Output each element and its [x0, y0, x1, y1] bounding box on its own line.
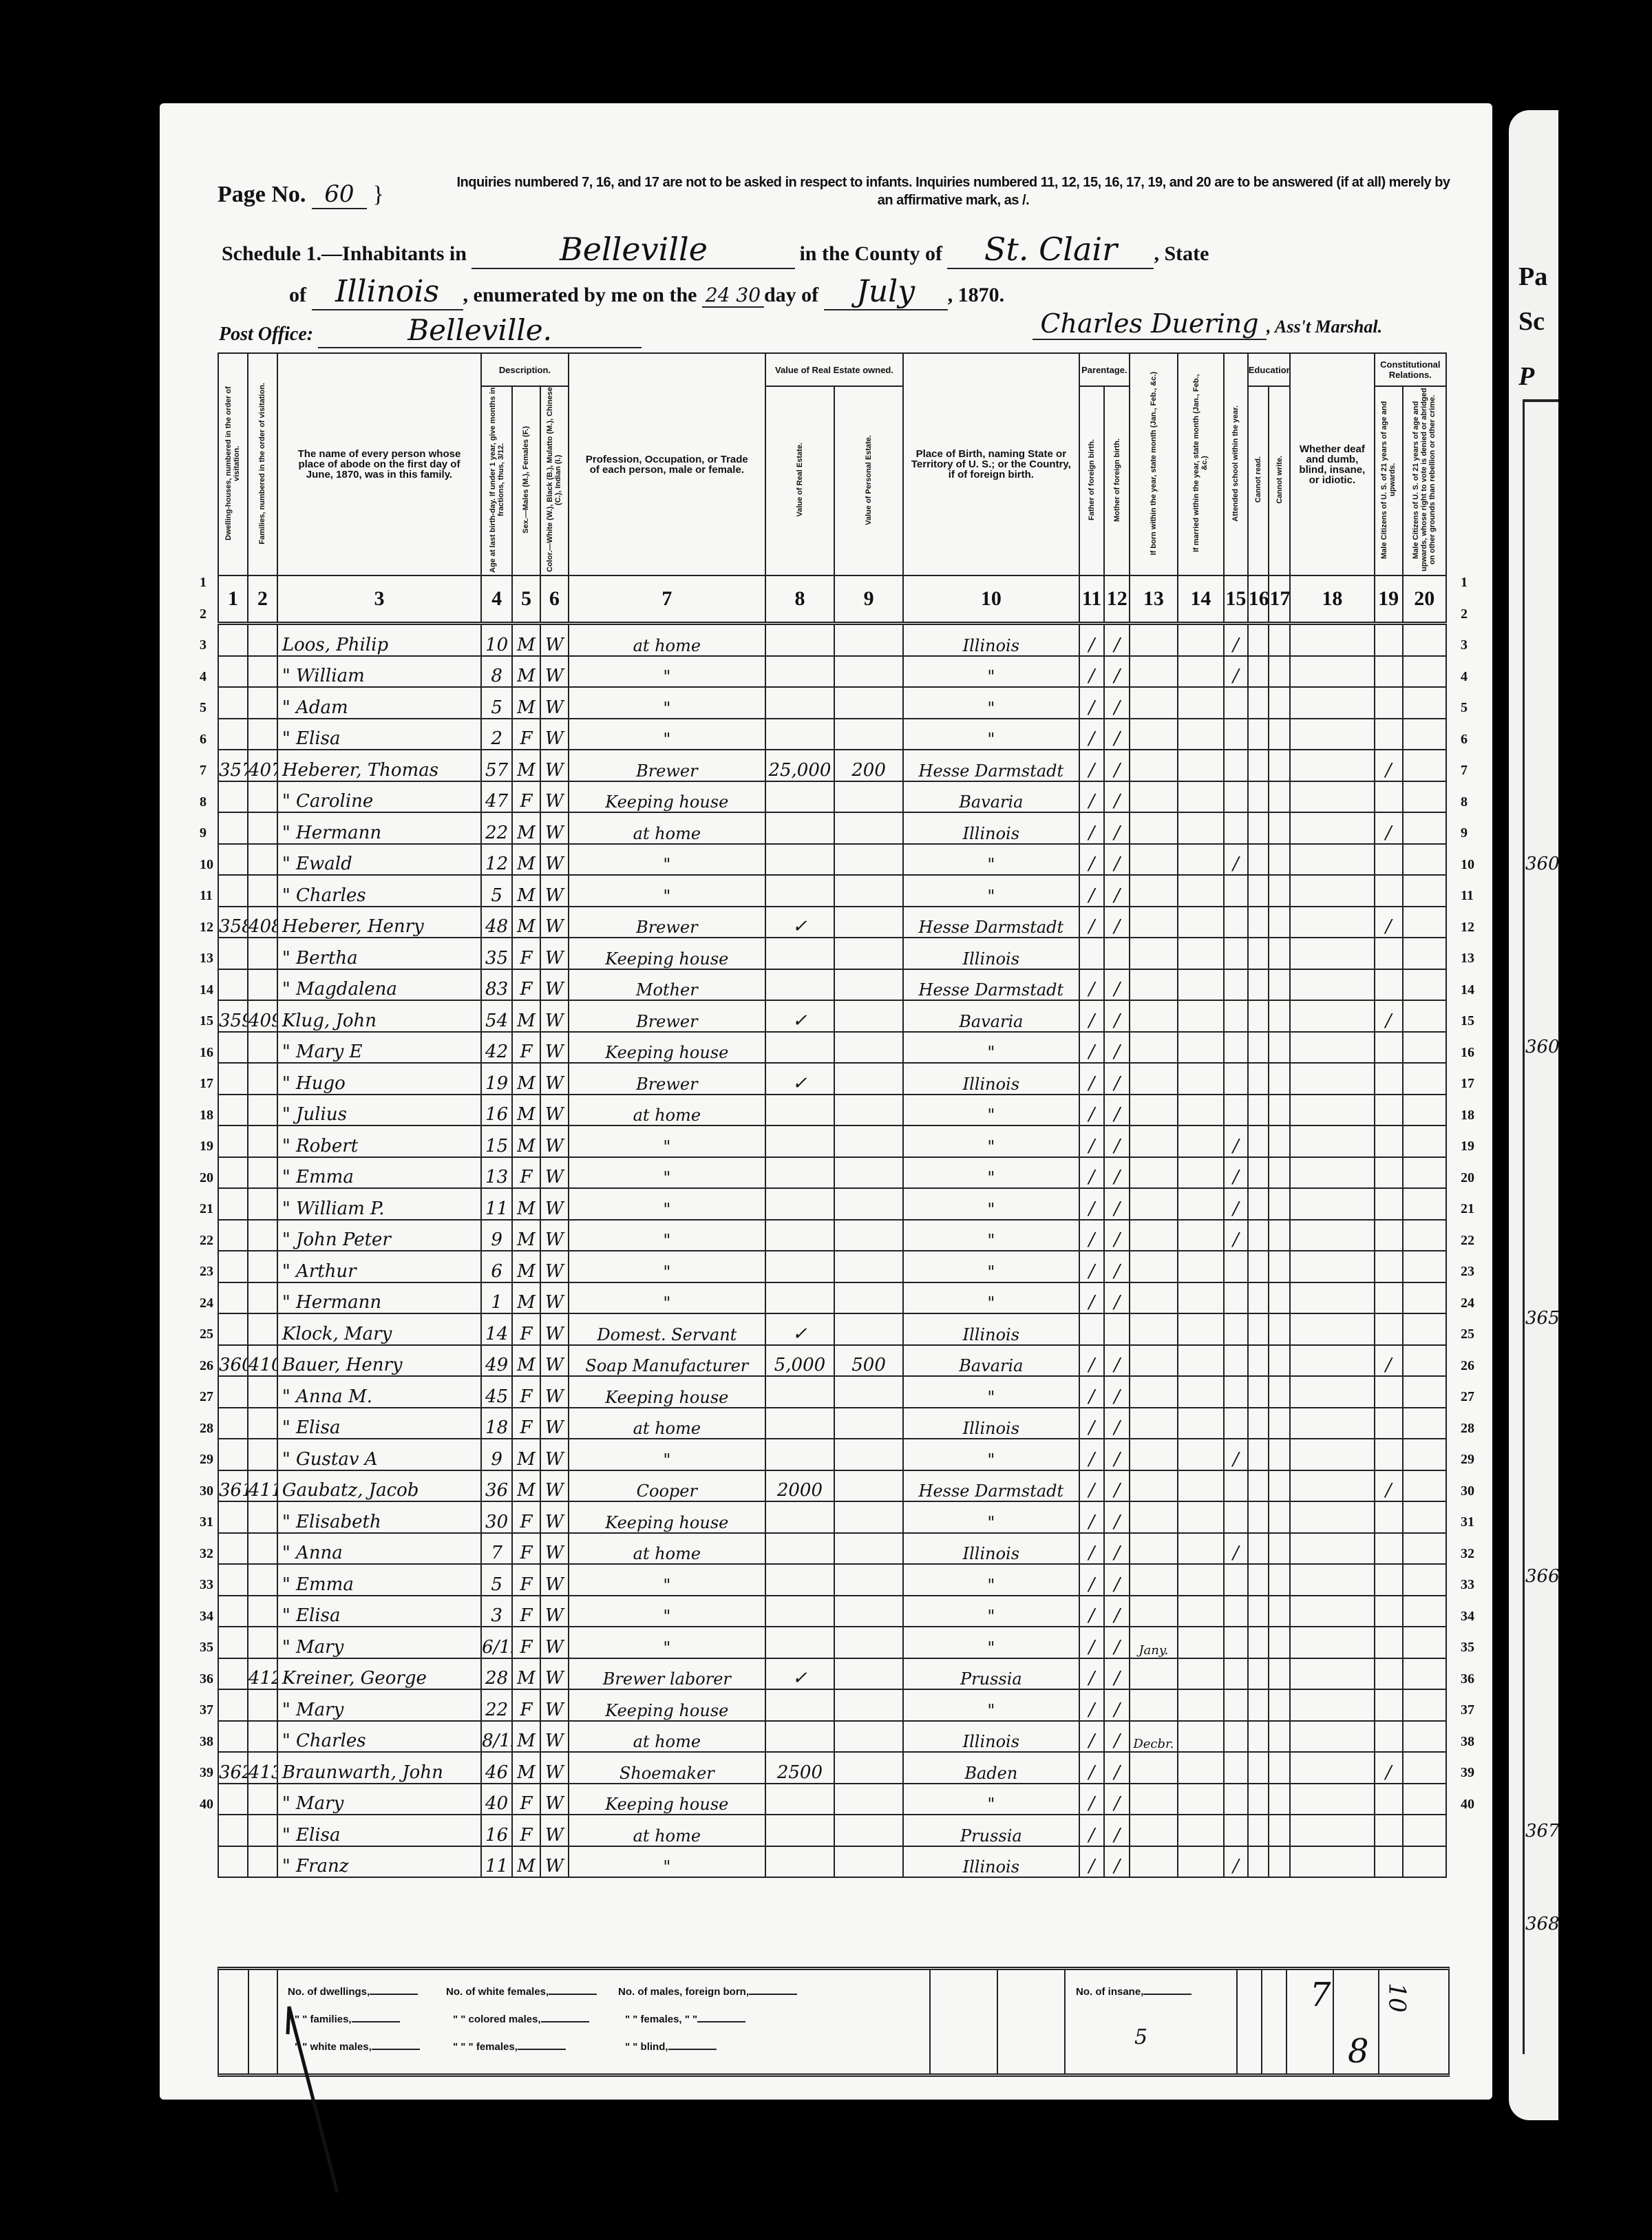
summary-insane: No. of insane,	[1076, 1984, 1192, 1998]
cell-age: 8/12	[481, 1721, 512, 1753]
cell-age: 5	[481, 1564, 512, 1596]
line-number: 2	[1461, 606, 1468, 622]
cell-occupation: "	[569, 844, 765, 876]
cell-personal-estate	[834, 1596, 903, 1627]
cell-married-month	[1178, 1439, 1224, 1470]
cell-born-month	[1130, 1470, 1177, 1502]
group-real-estate: Value of Real Estate owned.	[765, 353, 903, 386]
cell-personal-estate	[834, 875, 903, 907]
cell-married-month	[1178, 1564, 1224, 1596]
cell-dwelling	[218, 1032, 248, 1064]
cell-occupation: "	[569, 1157, 765, 1189]
cell-dwelling	[218, 1846, 248, 1878]
line-number: 23	[200, 1264, 213, 1280]
cell-born-month	[1130, 624, 1177, 656]
cell-mother-foreign	[1104, 1313, 1130, 1345]
cell-cannot-write	[1269, 907, 1290, 938]
cell-cannot-read	[1248, 781, 1269, 813]
cell-sex: M	[512, 907, 540, 938]
cell-dwelling	[218, 1095, 248, 1126]
cell-personal-estate	[834, 907, 903, 938]
cell-born-month: Decbr.	[1130, 1721, 1177, 1753]
cell-dwelling	[218, 1157, 248, 1189]
cell-born-month	[1130, 781, 1177, 813]
cell-denied	[1403, 1689, 1446, 1721]
cell-name: Kreiner, George	[277, 1658, 481, 1690]
table-row: 359409Klug, John54MWBrewer✓Bavaria///	[218, 1000, 1446, 1032]
cell-personal-estate	[834, 1000, 903, 1032]
table-row: " Elisa2FW""//	[218, 719, 1446, 750]
cell-real-estate	[765, 1439, 834, 1470]
cell-cannot-read	[1248, 1282, 1269, 1314]
cell-personal-estate	[834, 1439, 903, 1470]
cell-cannot-read	[1248, 907, 1269, 938]
cell-birthplace: "	[903, 1282, 1079, 1314]
cell-citizen	[1375, 1689, 1403, 1721]
cell-sex: M	[512, 1188, 540, 1220]
table-row: " Emma13FW""///	[218, 1157, 1446, 1189]
cell-color: W	[540, 938, 569, 969]
cell-personal-estate	[834, 1721, 903, 1753]
cell-color: W	[540, 656, 569, 688]
cell-family	[248, 1627, 277, 1658]
cell-family: 411	[248, 1470, 277, 1502]
cell-denied	[1403, 844, 1446, 876]
cell-school	[1224, 1408, 1248, 1439]
cell-sex: F	[512, 1408, 540, 1439]
cell-married-month	[1178, 1408, 1224, 1439]
cell-denied	[1403, 1784, 1446, 1815]
cell-name: " Mary E	[277, 1032, 481, 1064]
cell-birthplace: "	[903, 1501, 1079, 1533]
line-number: 31	[1461, 1514, 1474, 1530]
cell-dwelling	[218, 1501, 248, 1533]
cell-citizen	[1375, 1784, 1403, 1815]
cell-age: 15	[481, 1126, 512, 1157]
cell-infirmity	[1290, 907, 1375, 938]
divider	[277, 1970, 278, 2073]
year-label: , 1870.	[948, 284, 1005, 306]
cell-color: W	[540, 1470, 569, 1502]
line-number: 14	[200, 982, 213, 998]
cell-citizen	[1375, 938, 1403, 969]
cell-real-estate	[765, 1501, 834, 1533]
line-number: 34	[200, 1609, 213, 1625]
cell-married-month	[1178, 1126, 1224, 1157]
col-num: 5	[512, 575, 540, 624]
cell-age: 18	[481, 1408, 512, 1439]
cell-occupation: "	[569, 719, 765, 750]
cell-denied	[1403, 1846, 1446, 1878]
cell-personal-estate	[834, 938, 903, 969]
day-value: 24 30	[702, 284, 764, 308]
cell-age: 83	[481, 969, 512, 1001]
cell-birthplace: Hesse Darmstadt	[903, 907, 1079, 938]
margin-dwelling: 360	[1525, 1037, 1558, 1057]
table-row: " Mary6/12FW""//Jany.	[218, 1627, 1446, 1658]
cell-family	[248, 1596, 277, 1627]
cell-family	[248, 1376, 277, 1408]
cell-personal-estate	[834, 1126, 903, 1157]
cell-born-month	[1130, 1345, 1177, 1377]
cell-birthplace: "	[903, 1689, 1079, 1721]
cell-real-estate	[765, 1846, 834, 1878]
cell-citizen	[1375, 1658, 1403, 1690]
cell-infirmity	[1290, 1470, 1375, 1502]
line-number: 18	[200, 1108, 213, 1123]
cell-father-foreign	[1079, 938, 1105, 969]
cell-citizen	[1375, 1032, 1403, 1064]
cell-occupation: "	[569, 1188, 765, 1220]
cell-sex: F	[512, 1784, 540, 1815]
line-number: 21	[200, 1201, 213, 1217]
cell-dwelling	[218, 1313, 248, 1345]
cell-mother-foreign: /	[1104, 1063, 1130, 1095]
cell-married-month	[1178, 938, 1224, 969]
line-number: 15	[1461, 1013, 1474, 1029]
cell-sex: M	[512, 1846, 540, 1878]
cell-dwelling: 359	[218, 1000, 248, 1032]
cell-school	[1224, 875, 1248, 907]
margin-dwelling: 367	[1525, 1821, 1558, 1841]
cell-family: 408	[248, 907, 277, 938]
cell-infirmity	[1290, 781, 1375, 813]
tally-mark: 7	[1310, 1976, 1331, 2014]
cell-family	[248, 1220, 277, 1251]
cell-denied	[1403, 1564, 1446, 1596]
cell-cannot-read	[1248, 1313, 1269, 1345]
cell-mother-foreign: /	[1104, 719, 1130, 750]
line-number: 1	[1461, 575, 1468, 591]
cell-married-month	[1178, 1784, 1224, 1815]
cell-real-estate	[765, 1376, 834, 1408]
cell-personal-estate	[834, 1095, 903, 1126]
cell-real-estate: ✓	[765, 1658, 834, 1690]
cell-born-month	[1130, 1157, 1177, 1189]
cell-personal-estate	[834, 1689, 903, 1721]
cell-school	[1224, 1470, 1248, 1502]
cell-dwelling	[218, 1721, 248, 1753]
cell-personal-estate	[834, 1376, 903, 1408]
cell-denied	[1403, 1000, 1446, 1032]
cell-cannot-write	[1269, 1063, 1290, 1095]
col-num: 2	[248, 575, 277, 624]
cell-dwelling	[218, 687, 248, 719]
cell-age: 22	[481, 812, 512, 844]
cell-color: W	[540, 750, 569, 781]
cell-mother-foreign: /	[1104, 1251, 1130, 1282]
cell-dwelling	[218, 1784, 248, 1815]
line-number: 25	[200, 1327, 213, 1342]
cell-denied	[1403, 812, 1446, 844]
cell-school	[1224, 1000, 1248, 1032]
cell-infirmity	[1290, 1282, 1375, 1314]
cell-real-estate	[765, 812, 834, 844]
divider	[1378, 1970, 1379, 2073]
cell-school: /	[1224, 1846, 1248, 1878]
cell-school	[1224, 687, 1248, 719]
table-row: " Hermann1MW""//	[218, 1282, 1446, 1314]
cell-married-month	[1178, 1063, 1224, 1095]
cell-denied	[1403, 1815, 1446, 1846]
cell-name: Klock, Mary	[277, 1313, 481, 1345]
cell-personal-estate	[834, 624, 903, 656]
cell-color: W	[540, 1815, 569, 1846]
cell-name: " Caroline	[277, 781, 481, 813]
cell-real-estate	[765, 1627, 834, 1658]
cell-personal-estate	[834, 656, 903, 688]
cell-mother-foreign: /	[1104, 969, 1130, 1001]
cell-cannot-read	[1248, 1689, 1269, 1721]
cell-dwelling	[218, 1376, 248, 1408]
cell-birthplace: "	[903, 1157, 1079, 1189]
cell-married-month	[1178, 844, 1224, 876]
cell-color: W	[540, 1501, 569, 1533]
col-num: 1	[218, 575, 248, 624]
cell-sex: M	[512, 656, 540, 688]
cell-mother-foreign: /	[1104, 781, 1130, 813]
cell-married-month	[1178, 1313, 1224, 1345]
cell-sex: M	[512, 1126, 540, 1157]
cell-color: W	[540, 1095, 569, 1126]
cell-cannot-write	[1269, 1564, 1290, 1596]
state-line: of Illinois, enumerated by me on the 24 …	[289, 274, 1004, 310]
cell-father-foreign: /	[1079, 624, 1105, 656]
cell-personal-estate	[834, 719, 903, 750]
table-row: " Julius16MWat home"//	[218, 1095, 1446, 1126]
cell-married-month	[1178, 1251, 1224, 1282]
cell-personal-estate	[834, 781, 903, 813]
cell-family	[248, 1815, 277, 1846]
margin-dwelling: 366	[1525, 1566, 1558, 1587]
cell-born-month	[1130, 1095, 1177, 1126]
cell-born-month	[1130, 1439, 1177, 1470]
cell-real-estate	[765, 1721, 834, 1753]
line-number: 18	[1461, 1108, 1474, 1123]
cell-personal-estate	[834, 1846, 903, 1878]
table-row: " Magdalena83FWMotherHesse Darmstadt//	[218, 969, 1446, 1001]
cell-personal-estate	[834, 969, 903, 1001]
cell-personal-estate	[834, 1188, 903, 1220]
divider	[248, 1970, 249, 2073]
cell-real-estate	[765, 624, 834, 656]
cell-married-month	[1178, 781, 1224, 813]
cell-citizen	[1375, 1721, 1403, 1753]
line-number: 40	[1461, 1797, 1474, 1813]
cell-age: 12	[481, 844, 512, 876]
cell-school	[1224, 907, 1248, 938]
cell-family	[248, 1408, 277, 1439]
cell-cannot-write	[1269, 1345, 1290, 1377]
cell-birthplace: Hesse Darmstadt	[903, 1470, 1079, 1502]
cell-name: " Elisa	[277, 1815, 481, 1846]
cell-name: " Adam	[277, 687, 481, 719]
cell-school	[1224, 1815, 1248, 1846]
line-number: 38	[1461, 1734, 1474, 1750]
cell-school	[1224, 1627, 1248, 1658]
cell-birthplace: Baden	[903, 1752, 1079, 1784]
cell-father-foreign: /	[1079, 1345, 1105, 1377]
cell-real-estate	[765, 1032, 834, 1064]
cell-occupation: Keeping house	[569, 781, 765, 813]
line-number: 11	[200, 888, 213, 904]
cell-dwelling	[218, 1627, 248, 1658]
col-header-15: Attended school within the year.	[1224, 353, 1248, 575]
cell-birthplace: Illinois	[903, 1846, 1079, 1878]
cell-denied	[1403, 1095, 1446, 1126]
cell-color: W	[540, 844, 569, 876]
cell-dwelling	[218, 1689, 248, 1721]
schedule-line: Schedule 1.—Inhabitants in Bellevillein …	[222, 231, 1447, 269]
cell-father-foreign: /	[1079, 875, 1105, 907]
cell-citizen	[1375, 1533, 1403, 1565]
cell-dwelling	[218, 969, 248, 1001]
col-num: 11	[1079, 575, 1105, 624]
cell-age: 5	[481, 687, 512, 719]
cell-denied	[1403, 750, 1446, 781]
cell-mother-foreign: /	[1104, 812, 1130, 844]
cell-citizen: /	[1375, 1000, 1403, 1032]
cell-infirmity	[1290, 1063, 1375, 1095]
cell-occupation: "	[569, 1564, 765, 1596]
cell-cannot-write	[1269, 1095, 1290, 1126]
group-education: Education.	[1248, 353, 1290, 386]
cell-age: 9	[481, 1439, 512, 1470]
cell-birthplace: "	[903, 1188, 1079, 1220]
cell-born-month	[1130, 750, 1177, 781]
cell-mother-foreign: /	[1104, 1501, 1130, 1533]
cell-cannot-write	[1269, 1596, 1290, 1627]
cell-school	[1224, 750, 1248, 781]
cell-denied	[1403, 1126, 1446, 1157]
cell-real-estate: 2500	[765, 1752, 834, 1784]
cell-real-estate: ✓	[765, 1063, 834, 1095]
col-header-7: Profession, Occupation, or Trade of each…	[569, 353, 765, 575]
cell-married-month	[1178, 907, 1224, 938]
cell-age: 46	[481, 1752, 512, 1784]
cell-age: 16	[481, 1095, 512, 1126]
cell-personal-estate	[834, 1470, 903, 1502]
cell-citizen	[1375, 1220, 1403, 1251]
cell-citizen: /	[1375, 907, 1403, 938]
cell-personal-estate: 500	[834, 1345, 903, 1377]
cell-cannot-read	[1248, 1627, 1269, 1658]
cell-cannot-write	[1269, 1846, 1290, 1878]
summary-white-females: No. of white females,	[446, 1984, 597, 1998]
line-number: 26	[200, 1358, 213, 1374]
cell-mother-foreign: /	[1104, 1689, 1130, 1721]
cell-birthplace: "	[903, 687, 1079, 719]
cell-occupation: Keeping house	[569, 1376, 765, 1408]
cell-cannot-read	[1248, 1564, 1269, 1596]
cell-family: 410	[248, 1345, 277, 1377]
cell-age: 10	[481, 624, 512, 656]
cell-citizen	[1375, 875, 1403, 907]
line-number: 24	[1461, 1296, 1474, 1311]
of-label: of	[289, 284, 306, 306]
line-number: 30	[200, 1483, 213, 1499]
cell-real-estate	[765, 1784, 834, 1815]
line-number: 17	[200, 1076, 213, 1092]
cell-sex: F	[512, 1533, 540, 1565]
cell-real-estate	[765, 1282, 834, 1314]
cell-school: /	[1224, 1126, 1248, 1157]
cell-sex: F	[512, 1596, 540, 1627]
cell-color: W	[540, 1126, 569, 1157]
cell-color: W	[540, 1689, 569, 1721]
cell-birthplace: Illinois	[903, 1313, 1079, 1345]
col-header-5: Sex.—Males (M.), Females (F.)	[512, 386, 540, 575]
cell-dwelling: 358	[218, 907, 248, 938]
line-number: 31	[200, 1514, 213, 1530]
cell-citizen	[1375, 1439, 1403, 1470]
page-label: Page No.	[218, 182, 306, 207]
cell-age: 3	[481, 1596, 512, 1627]
cell-denied	[1403, 1282, 1446, 1314]
cell-name: " Emma	[277, 1564, 481, 1596]
cell-age: 22	[481, 1689, 512, 1721]
cell-real-estate	[765, 1815, 834, 1846]
cell-sex: M	[512, 1658, 540, 1690]
cell-cannot-write	[1269, 812, 1290, 844]
divider	[997, 1970, 998, 2073]
cell-born-month	[1130, 1000, 1177, 1032]
cell-cannot-read	[1248, 1376, 1269, 1408]
cell-father-foreign: /	[1079, 1063, 1105, 1095]
cell-married-month	[1178, 1157, 1224, 1189]
cell-dwelling	[218, 656, 248, 688]
cell-family	[248, 1533, 277, 1565]
cell-birthplace: "	[903, 1220, 1079, 1251]
county-value: St. Clair	[947, 231, 1154, 269]
cell-citizen	[1375, 656, 1403, 688]
cell-real-estate	[765, 1596, 834, 1627]
col-num: 4	[481, 575, 512, 624]
cell-cannot-write	[1269, 1658, 1290, 1690]
cell-infirmity	[1290, 1408, 1375, 1439]
cell-occupation: Domest. Servant	[569, 1313, 765, 1345]
cell-cannot-read	[1248, 1063, 1269, 1095]
line-number: 9	[200, 825, 206, 841]
cell-family	[248, 1721, 277, 1753]
col-num: 10	[903, 575, 1079, 624]
cell-occupation: Cooper	[569, 1470, 765, 1502]
cell-name: Gaubatz, Jacob	[277, 1470, 481, 1502]
cell-infirmity	[1290, 1095, 1375, 1126]
cell-citizen	[1375, 1157, 1403, 1189]
cell-name: " Hermann	[277, 812, 481, 844]
table-row: 412Kreiner, George28MWBrewer laborer✓Pru…	[218, 1658, 1446, 1690]
cell-name: " Bertha	[277, 938, 481, 969]
table-row: " Elisabeth30FWKeeping house"//	[218, 1501, 1446, 1533]
cell-married-month	[1178, 687, 1224, 719]
summary-females-foreign: " " females, " "	[625, 2011, 745, 2025]
cell-infirmity	[1290, 1815, 1375, 1846]
cell-denied	[1403, 1188, 1446, 1220]
cell-cannot-write	[1269, 1501, 1290, 1533]
post-office-line: Post Office: Belleville.	[219, 313, 642, 348]
cell-color: W	[540, 1784, 569, 1815]
cell-sex: F	[512, 938, 540, 969]
cell-father-foreign: /	[1079, 1439, 1105, 1470]
cell-age: 13	[481, 1157, 512, 1189]
cell-father-foreign: /	[1079, 1689, 1105, 1721]
line-number: 16	[1461, 1045, 1474, 1061]
cell-cannot-read	[1248, 1846, 1269, 1878]
cell-color: W	[540, 1220, 569, 1251]
cell-real-estate	[765, 1157, 834, 1189]
cell-cannot-read	[1248, 1220, 1269, 1251]
